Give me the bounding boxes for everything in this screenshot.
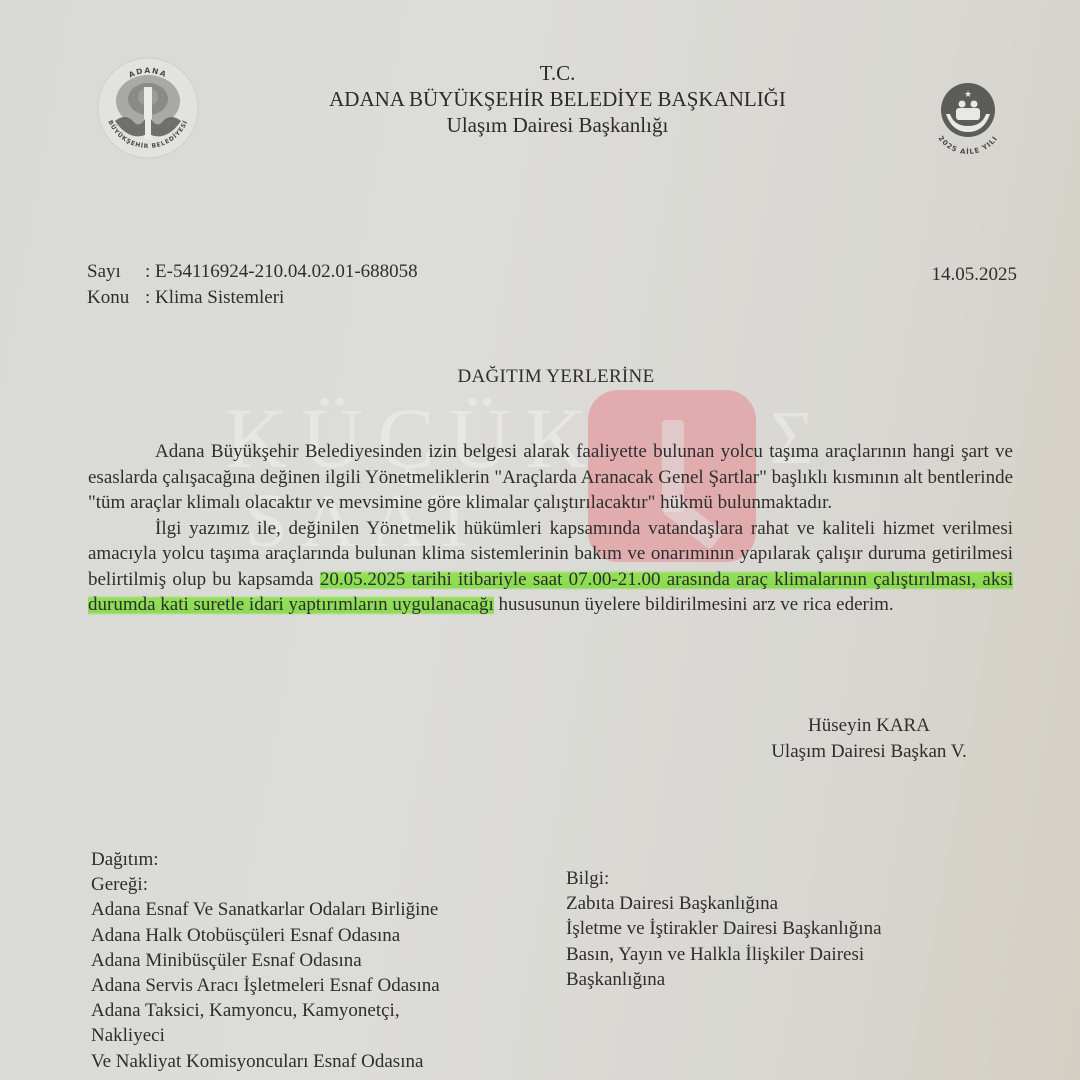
letterhead: T.C. ADANA BÜYÜKŞEHİR BELEDİYE BAŞKANLIĞ… [0,60,1080,138]
paragraph-1: Adana Büyükşehir Belediyesinden izin bel… [88,439,1013,516]
action-recipient: Adana Minibüsçüler Esnaf Odasına [91,948,440,973]
info-recipient: Zabıta Dairesi Başkanlığına [566,891,882,916]
action-recipient: Adana Halk Otobüsçüleri Esnaf Odasına [91,923,440,948]
subject-label: Konu [87,285,145,311]
document-page: ADANA BÜYÜKŞEHİR BELEDİYESİ T.C. ADANA B… [0,0,1080,1080]
distribution-list: Dağıtım: Gereği: Adana Esnaf Ve Sanatkar… [91,847,440,1074]
document-date: 14.05.2025 [932,264,1018,286]
letterhead-tc: T.C. [0,60,1080,86]
action-recipient: Adana Taksici, Kamyoncu, Kamyonetçi, [91,998,440,1023]
document-body: Adana Büyükşehir Belediyesinden izin bel… [88,439,1013,618]
reference-number: : E-54116924-210.04.02.01-688058 [145,261,418,282]
svg-text:★: ★ [964,90,972,100]
family-year-logo: ★ 2025 AİLE YILI [922,62,1014,162]
distribution-label: Dağıtım: [91,847,440,872]
info-recipient: Başkanlığına [566,967,882,992]
letterhead-department: Ulaşım Dairesi Başkanlığı [0,112,1080,138]
document-meta: Sayı: E-54116924-210.04.02.01-688058 Kon… [87,259,418,311]
info-recipient: Basın, Yayın ve Halkla İlişkiler Dairesi [566,942,882,967]
signature-block: Hüseyin KARA Ulaşım Dairesi Başkan V. [758,713,980,765]
subject: : Klima Sistemleri [145,287,284,308]
information-list: Bilgi: Zabıta Dairesi Başkanlığına İşlet… [566,866,882,992]
action-recipient: Nakliyeci [91,1023,440,1048]
action-recipient: Adana Servis Aracı İşletmeleri Esnaf Oda… [91,973,440,998]
svg-text:2025 AİLE YILI: 2025 AİLE YILI [936,134,999,156]
action-recipients-label: Gereği: [91,872,440,897]
document-title: DAĞITIM YERLERİNE [0,366,1080,388]
action-recipient: Adana Esnaf Ve Sanatkarlar Odaları Birli… [91,897,440,922]
reference-number-row: Sayı: E-54116924-210.04.02.01-688058 [87,259,418,285]
letterhead-institution: ADANA BÜYÜKŞEHİR BELEDİYE BAŞKANLIĞI [0,86,1080,112]
paragraph-2: İlgi yazımız ile, değinilen Yönetmelik h… [88,516,1013,618]
reference-number-label: Sayı [87,259,145,285]
action-recipient: Ve Nakliyat Komisyoncuları Esnaf Odasına [91,1049,440,1074]
subject-row: Konu: Klima Sistemleri [87,285,418,311]
info-recipient: İşletme ve İştirakler Dairesi Başkanlığı… [566,916,882,941]
info-recipients-label: Bilgi: [566,866,882,891]
signer-name: Hüseyin KARA [758,713,980,739]
signer-title: Ulaşım Dairesi Başkan V. [758,739,980,765]
